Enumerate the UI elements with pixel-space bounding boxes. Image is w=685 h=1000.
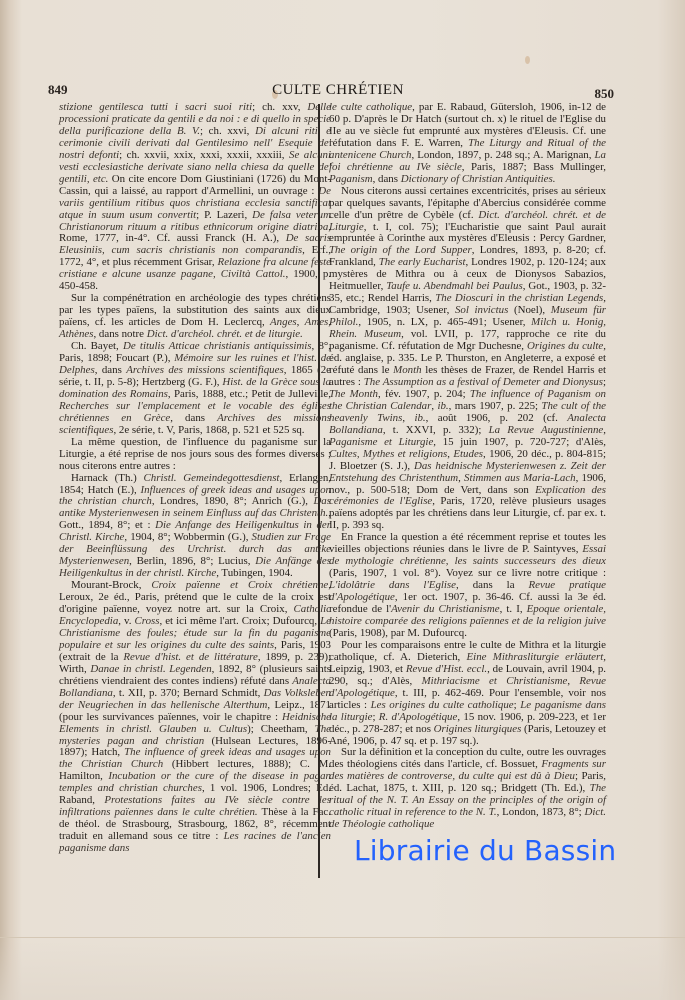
paragraph: Sur la compénétration en archéologie des… <box>59 293 331 341</box>
paragraph: Harnack (Th.) Christl. Gemeindegottesdie… <box>59 473 331 581</box>
paragraph: Sur la définition et la conception du cu… <box>329 747 606 831</box>
page-number-right: 850 <box>595 86 615 102</box>
paper-stain <box>525 56 530 64</box>
paragraph: En France la question a été récemment re… <box>329 532 606 640</box>
paragraph: Ch. Bayet, De titulis Atticae christiani… <box>59 341 331 437</box>
paragraph: Pour les comparaisons entre le culte de … <box>329 640 606 748</box>
watermark: Librairie du Bassin <box>354 834 616 867</box>
running-head: 849 CULTE CHRÉTIEN 850 <box>40 82 626 102</box>
paragraph: Nous citerons aussi certaines excentrici… <box>329 186 606 533</box>
book-page: 849 CULTE CHRÉTIEN 850 stizione gentiles… <box>0 0 685 1000</box>
paragraph: La même question, de l'influence du paga… <box>59 437 331 473</box>
paragraph: le culte catholique, par E. Rabaud, Güte… <box>329 102 606 186</box>
column-divider <box>318 104 320 878</box>
paragraph: Mourant-Brock, Croix païenne et Croix ch… <box>59 580 331 855</box>
left-column: stizione gentilesca tutti i sacri suoi r… <box>59 102 331 855</box>
page-title: CULTE CHRÉTIEN <box>40 82 626 99</box>
paragraph: stizione gentilesca tutti i sacri suoi r… <box>59 102 331 293</box>
right-column: le culte catholique, par E. Rabaud, Güte… <box>329 102 606 831</box>
